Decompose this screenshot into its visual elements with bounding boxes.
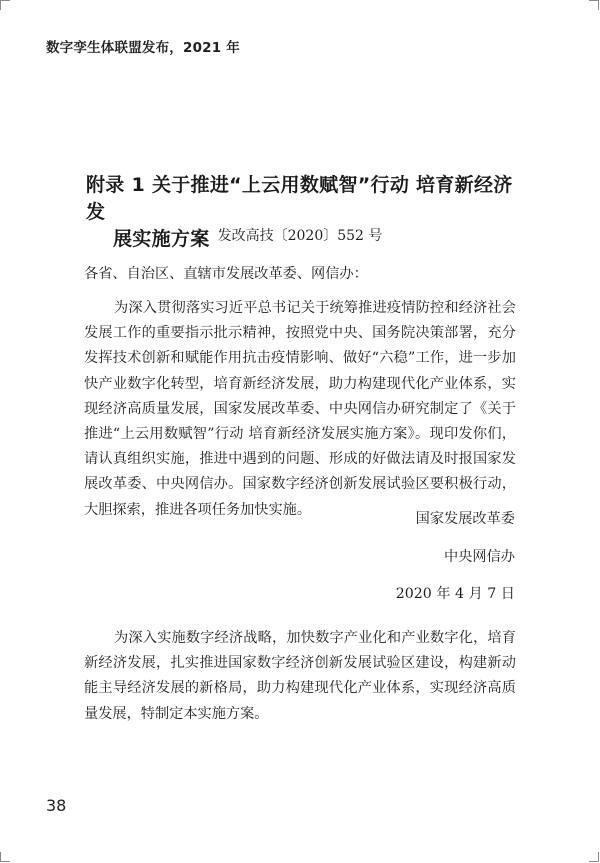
signatory-cac: 中央网信办 (444, 546, 515, 566)
crop-mark-bottom-left-h (0, 861, 10, 862)
salutation: 各省、自治区、直辖市发展改革委、网信办： (84, 262, 516, 287)
plan-intro-paragraph: 为深入实施数字经济战略，加快数字产业化和产业数字化，培育新经济发展，扎实推进国家… (84, 626, 516, 727)
page-number: 38 (46, 796, 66, 815)
crop-mark-bottom-left-v (0, 852, 1, 862)
document-number: 发改高技〔2020〕552 号 (0, 225, 600, 245)
running-header: 数字孪生体联盟发布，2021 年 (46, 36, 240, 56)
appendix-title-line1: 附录 1 关于推进“上云用数赋智”行动 培育新经济发 (86, 174, 513, 223)
letter-paragraph: 为深入贯彻落实习近平总书记关于统筹推进疫情防控和经济社会发展工作的重要指示批示精… (84, 296, 516, 523)
crop-mark-top-left-v (0, 0, 1, 10)
crop-mark-top-right-v (598, 0, 599, 10)
letter-date: 2020 年 4 月 7 日 (396, 583, 515, 603)
signatory-ndrc: 国家发展改革委 (416, 508, 515, 528)
crop-mark-top-left-h (0, 0, 10, 1)
crop-mark-bottom-right-v (598, 852, 599, 862)
